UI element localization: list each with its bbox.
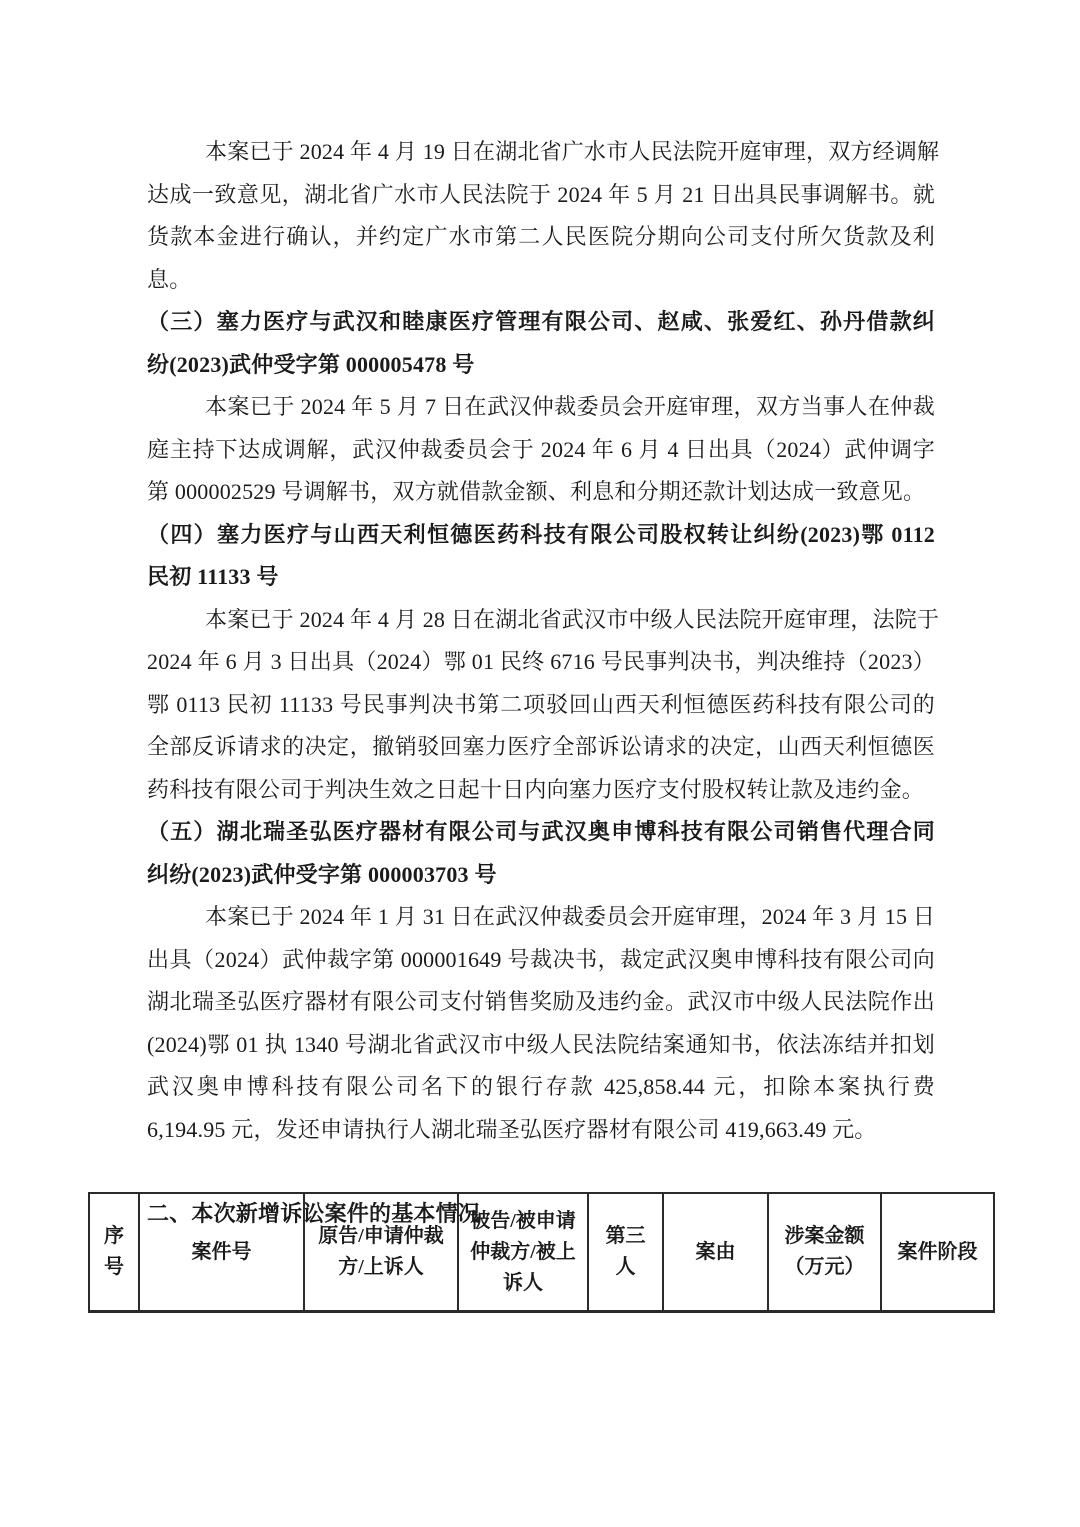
col-header-amount: 涉案金额 （万元）: [768, 1193, 881, 1312]
paragraph: 本案已于 2024 年 5 月 7 日在武汉仲裁委员会开庭审理，双方当事人在仲裁…: [147, 386, 935, 514]
document-line: 庭主持下达成调解，武汉仲裁委员会于 2024 年 6 月 4 日出具（2024）…: [147, 429, 935, 472]
document-line: 本案已于 2024 年 4 月 19 日在湖北省广水市人民法院开庭审理，双方经调…: [147, 131, 935, 174]
paragraph: 本案已于 2024 年 1 月 31 日在武汉仲裁委员会开庭审理，2024 年 …: [147, 896, 935, 1151]
col-header-case-number: 案件号: [139, 1193, 304, 1312]
paragraph: 本案已于 2024 年 4 月 28 日在湖北省武汉市中级人民法院开庭审理，法院…: [147, 599, 935, 812]
col-header-third-party: 第三 人: [588, 1193, 663, 1312]
table-header-row: 序 号 案件号 原告/申请仲裁 方/上诉人 被告/被申请 仲裁方/被上 诉人 第…: [89, 1193, 994, 1312]
paragraph: 本案已于 2024 年 4 月 19 日在湖北省广水市人民法院开庭审理，双方经调…: [147, 131, 935, 301]
document-line: （四）塞力医疗与山西天利恒德医药科技有限公司股权转让纠纷(2023)鄂 0112: [147, 514, 935, 557]
document-line: 民初 11133 号: [147, 556, 935, 599]
document-page: 本案已于 2024 年 4 月 19 日在湖北省广水市人民法院开庭审理，双方经调…: [0, 0, 1080, 1527]
document-line: 2024 年 6 月 3 日出具（2024）鄂 01 民终 6716 号民事判决…: [147, 641, 935, 684]
document-line: （三）塞力医疗与武汉和睦康医疗管理有限公司、赵咸、张爱红、孙丹借款纠: [147, 301, 935, 344]
document-line: （五）湖北瑞圣弘医疗器材有限公司与武汉奥申博科技有限公司销售代理合同: [147, 811, 935, 854]
new-cases-table-wrap: 序 号 案件号 原告/申请仲裁 方/上诉人 被告/被申请 仲裁方/被上 诉人 第…: [88, 1192, 995, 1313]
document-line: 达成一致意见，湖北省广水市人民法院于 2024 年 5 月 21 日出具民事调解…: [147, 174, 935, 217]
document-line: 纠纷(2023)武仲受字第 000003703 号: [147, 854, 935, 897]
document-line: 全部反诉请求的决定，撤销驳回塞力医疗全部诉讼请求的决定，山西天利恒德医: [147, 726, 935, 769]
col-header-stage: 案件阶段: [881, 1193, 994, 1312]
document-line: (2024)鄂 01 执 1340 号湖北省武汉市中级人民法院结案通知书，依法冻…: [147, 1024, 935, 1067]
document-line: 鄂 0113 民初 11133 号民事判决书第二项驳回山西天利恒德医药科技有限公…: [147, 684, 935, 727]
col-header-seq-no: 序 号: [89, 1193, 139, 1312]
heading: （三）塞力医疗与武汉和睦康医疗管理有限公司、赵咸、张爱红、孙丹借款纠纷(2023…: [147, 301, 935, 386]
new-cases-table: 序 号 案件号 原告/申请仲裁 方/上诉人 被告/被申请 仲裁方/被上 诉人 第…: [88, 1192, 995, 1313]
document-line: 本案已于 2024 年 1 月 31 日在武汉仲裁委员会开庭审理，2024 年 …: [147, 896, 935, 939]
document-line: 纷(2023)武仲受字第 000005478 号: [147, 344, 935, 387]
heading: （四）塞力医疗与山西天利恒德医药科技有限公司股权转让纠纷(2023)鄂 0112…: [147, 514, 935, 599]
document-line: 货款本金进行确认，并约定广水市第二人民医院分期向公司支付所欠货款及利息。: [147, 216, 935, 301]
document-line: 药科技有限公司于判决生效之日起十日内向塞力医疗支付股权转让款及违约金。: [147, 769, 935, 812]
col-header-cause: 案由: [663, 1193, 768, 1312]
document-text: 本案已于 2024 年 4 月 19 日在湖北省广水市人民法院开庭审理，双方经调…: [147, 131, 935, 1236]
col-header-plaintiff: 原告/申请仲裁 方/上诉人: [304, 1193, 458, 1312]
heading: （五）湖北瑞圣弘医疗器材有限公司与武汉奥申博科技有限公司销售代理合同纠纷(202…: [147, 811, 935, 896]
col-header-defendant: 被告/被申请 仲裁方/被上 诉人: [458, 1193, 588, 1312]
document-line: 6,194.95 元，发还申请执行人湖北瑞圣弘医疗器材有限公司 419,663.…: [147, 1109, 935, 1152]
document-line: 出具（2024）武仲裁字第 000001649 号裁决书，裁定武汉奥申博科技有限…: [147, 939, 935, 982]
document-line: 湖北瑞圣弘医疗器材有限公司支付销售奖励及违约金。武汉市中级人民法院作出: [147, 981, 935, 1024]
document-line: 本案已于 2024 年 4 月 28 日在湖北省武汉市中级人民法院开庭审理，法院…: [147, 599, 935, 642]
document-line: 武汉奥申博科技有限公司名下的银行存款 425,858.44 元，扣除本案执行费: [147, 1066, 935, 1109]
document-line: 第 000002529 号调解书，双方就借款金额、利息和分期还款计划达成一致意见…: [147, 471, 935, 514]
document-line: 本案已于 2024 年 5 月 7 日在武汉仲裁委员会开庭审理，双方当事人在仲裁: [147, 386, 935, 429]
